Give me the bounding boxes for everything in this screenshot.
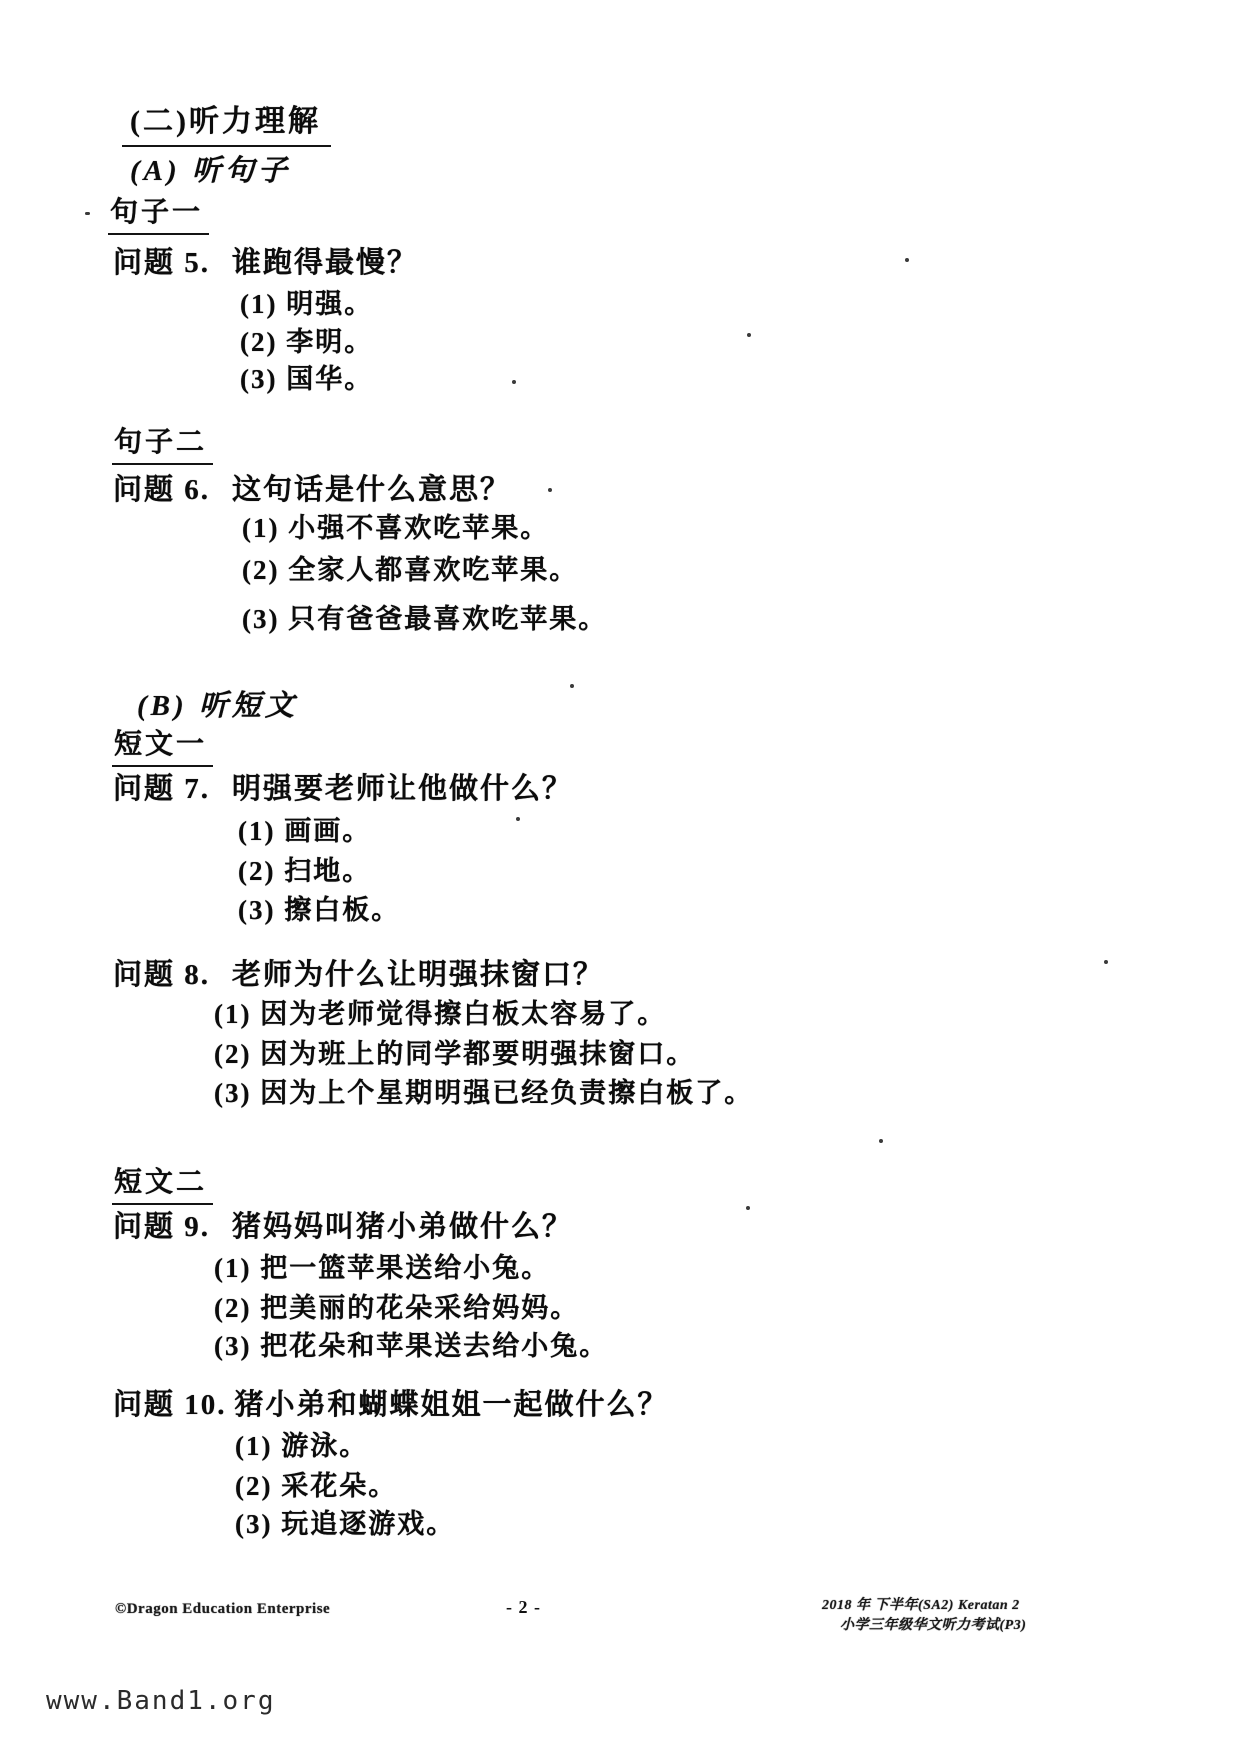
question-9-option-2: (2) 把美丽的花朵采给妈妈。 bbox=[214, 1286, 579, 1325]
question-8-option-3: (3) 因为上个星期明强已经负责擦白板了。 bbox=[214, 1071, 753, 1110]
section-heading: (二)听力理解 bbox=[122, 96, 331, 147]
group-label-sentence-1: 句子一 bbox=[108, 190, 209, 235]
question-5-number: 问题 5. bbox=[113, 240, 210, 281]
group-label-sentence-2: 句子二 bbox=[112, 420, 213, 465]
question-7-text: 明强要老师让他做什么？ bbox=[232, 766, 573, 807]
question-8: 问题 8. 老师为什么让明强抹窗口？ bbox=[113, 952, 604, 993]
question-10-option-1: (1) 游泳。 bbox=[235, 1424, 368, 1463]
section-heading-wrap: (二)听力理解 bbox=[122, 96, 331, 147]
group-label-wrap: 短文一 bbox=[112, 722, 213, 767]
question-6-option-2: (2) 全家人都喜欢吃苹果。 bbox=[242, 548, 578, 587]
question-8-option-2: (2) 因为班上的同学都要明强抹窗口。 bbox=[214, 1032, 695, 1071]
question-8-option-1: (1) 因为老师觉得擦白板太容易了。 bbox=[214, 992, 666, 1031]
scan-speck bbox=[905, 258, 909, 262]
question-5-text: 谁跑得最慢？ bbox=[232, 240, 418, 281]
scan-speck bbox=[548, 488, 552, 492]
question-5: 问题 5. 谁跑得最慢？ bbox=[113, 240, 418, 281]
question-10: 问题 10. 猪小弟和蝴蝶姐姐一起做什么？ bbox=[113, 1382, 669, 1423]
question-10-number: 问题 10. bbox=[113, 1382, 227, 1423]
footer-page-number: - 2 - bbox=[506, 1597, 541, 1618]
scan-speck bbox=[570, 684, 574, 688]
question-7: 问题 7. 明强要老师让他做什么？ bbox=[113, 766, 573, 807]
question-6-option-1: (1) 小强不喜欢吃苹果。 bbox=[242, 506, 549, 545]
group-label-wrap: 句子一 bbox=[108, 190, 209, 235]
scan-speck bbox=[137, 737, 141, 741]
question-9-option-1: (1) 把一篮苹果送给小兔。 bbox=[214, 1246, 550, 1285]
scan-speck bbox=[746, 1206, 750, 1210]
question-10-option-3: (3) 玩追逐游戏。 bbox=[235, 1502, 455, 1541]
question-8-number: 问题 8. bbox=[113, 952, 210, 993]
group-label-wrap: 句子二 bbox=[112, 420, 213, 465]
scan-speck bbox=[747, 333, 751, 337]
question-7-number: 问题 7. bbox=[113, 766, 210, 807]
group-label-passage-1: 短文一 bbox=[112, 722, 213, 767]
group-label-wrap: 短文二 bbox=[112, 1160, 213, 1205]
question-9: 问题 9. 猪妈妈叫猪小弟做什么？ bbox=[113, 1204, 573, 1245]
group-label-passage-2: 短文二 bbox=[112, 1160, 213, 1205]
question-7-option-3: (3) 擦白板。 bbox=[238, 888, 400, 927]
question-7-option-1: (1) 画画。 bbox=[238, 809, 371, 848]
question-9-text: 猪妈妈叫猪小弟做什么？ bbox=[232, 1204, 573, 1245]
scan-speck bbox=[512, 380, 516, 384]
question-6-number: 问题 6. bbox=[113, 467, 210, 508]
scan-speck bbox=[1104, 960, 1108, 964]
footer-paper-info-line2: 小学三年级华文听力考试(P3) bbox=[840, 1614, 1026, 1634]
question-6-option-3: (3) 只有爸爸最喜欢吃苹果。 bbox=[242, 597, 607, 636]
scanned-exam-page: (二)听力理解 (A) 听句子 句子一 问题 5. 谁跑得最慢？ (1) 明强。… bbox=[0, 0, 1239, 1754]
question-6-text: 这句话是什么意思？ bbox=[232, 467, 511, 508]
question-9-number: 问题 9. bbox=[113, 1204, 210, 1245]
scan-speck bbox=[879, 1139, 883, 1143]
question-7-option-2: (2) 扫地。 bbox=[238, 849, 371, 888]
footer-paper-info-line1: 2018 年 下半年(SA2) Keratan 2 bbox=[822, 1594, 1020, 1614]
part-a-heading: (A) 听句子 bbox=[130, 148, 291, 189]
question-10-option-2: (2) 采花朵。 bbox=[235, 1464, 397, 1503]
question-8-text: 老师为什么让明强抹窗口？ bbox=[232, 952, 604, 993]
footer-publisher: ©Dragon Education Enterprise bbox=[115, 1601, 330, 1618]
question-5-option-3: (3) 国华。 bbox=[240, 357, 373, 396]
scan-speck bbox=[85, 212, 90, 215]
question-5-option-2: (2) 李明。 bbox=[240, 320, 373, 359]
question-9-option-3: (3) 把花朵和苹果送去给小兔。 bbox=[214, 1324, 608, 1363]
question-6: 问题 6. 这句话是什么意思？ bbox=[113, 467, 511, 508]
scan-speck bbox=[516, 817, 520, 821]
question-5-option-1: (1) 明强。 bbox=[240, 282, 373, 321]
part-b-heading: (B) 听短文 bbox=[137, 683, 298, 724]
watermark-url: www.Band1.org bbox=[46, 1686, 276, 1716]
question-10-text: 猪小弟和蝴蝶姐姐一起做什么？ bbox=[235, 1382, 669, 1423]
